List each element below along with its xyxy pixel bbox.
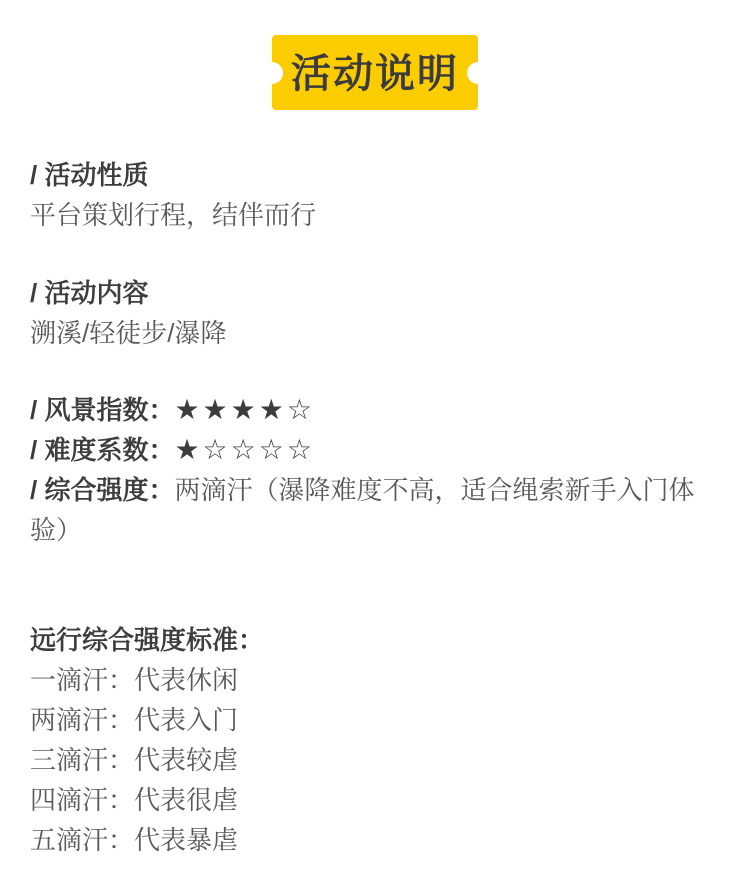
section-body: 溯溪/轻徒步/瀑降 bbox=[30, 313, 720, 353]
standard-item-5: 五滴汗：代表暴虐 bbox=[30, 820, 720, 860]
standard-item-4: 四滴汗：代表很虐 bbox=[30, 780, 720, 820]
intensity-standards-block: 远行综合强度标准： 一滴汗：代表休闲 两滴汗：代表入门 三滴汗：代表较虐 四滴汗… bbox=[30, 620, 720, 860]
page-title: 活动说明 bbox=[291, 52, 459, 94]
section-body: 平台策划行程，结伴而行 bbox=[30, 195, 720, 235]
scenery-rating-line: / 风景指数：★★★★☆ bbox=[30, 390, 720, 430]
section-heading: / 活动性质 bbox=[30, 155, 720, 195]
scenery-star-rating: ★★★★☆ bbox=[174, 393, 315, 426]
ticket-notch-right-icon bbox=[467, 62, 489, 84]
section-activity-content: / 活动内容 溯溪/轻徒步/瀑降 bbox=[30, 273, 720, 353]
standard-item-1: 一滴汗：代表休闲 bbox=[30, 660, 720, 700]
scenery-rating-label: / 风景指数： bbox=[30, 395, 174, 425]
section-heading: / 活动内容 bbox=[30, 273, 720, 313]
difficulty-rating-line: / 难度系数：★☆☆☆☆ bbox=[30, 430, 720, 470]
content-area: / 活动性质 平台策划行程，结伴而行 / 活动内容 溯溪/轻徒步/瀑降 / 风景… bbox=[0, 155, 750, 860]
standards-heading: 远行综合强度标准： bbox=[30, 620, 720, 660]
activity-title-banner: 活动说明 bbox=[272, 35, 478, 110]
difficulty-rating-label: / 难度系数： bbox=[30, 435, 174, 465]
intensity-label: / 综合强度： bbox=[30, 475, 174, 505]
ticket-notch-left-icon bbox=[261, 62, 283, 84]
standard-item-3: 三滴汗：代表较虐 bbox=[30, 740, 720, 780]
difficulty-star-rating: ★☆☆☆☆ bbox=[174, 433, 315, 466]
ratings-block: / 风景指数：★★★★☆ / 难度系数：★☆☆☆☆ / 综合强度：两滴汗（瀑降难… bbox=[30, 390, 720, 550]
standard-item-2: 两滴汗：代表入门 bbox=[30, 700, 720, 740]
section-activity-nature: / 活动性质 平台策划行程，结伴而行 bbox=[30, 155, 720, 235]
overall-intensity-line: / 综合强度：两滴汗（瀑降难度不高，适合绳索新手入门体验） bbox=[30, 470, 720, 550]
activity-description-page: 活动说明 / 活动性质 平台策划行程，结伴而行 / 活动内容 溯溪/轻徒步/瀑降… bbox=[0, 0, 750, 882]
